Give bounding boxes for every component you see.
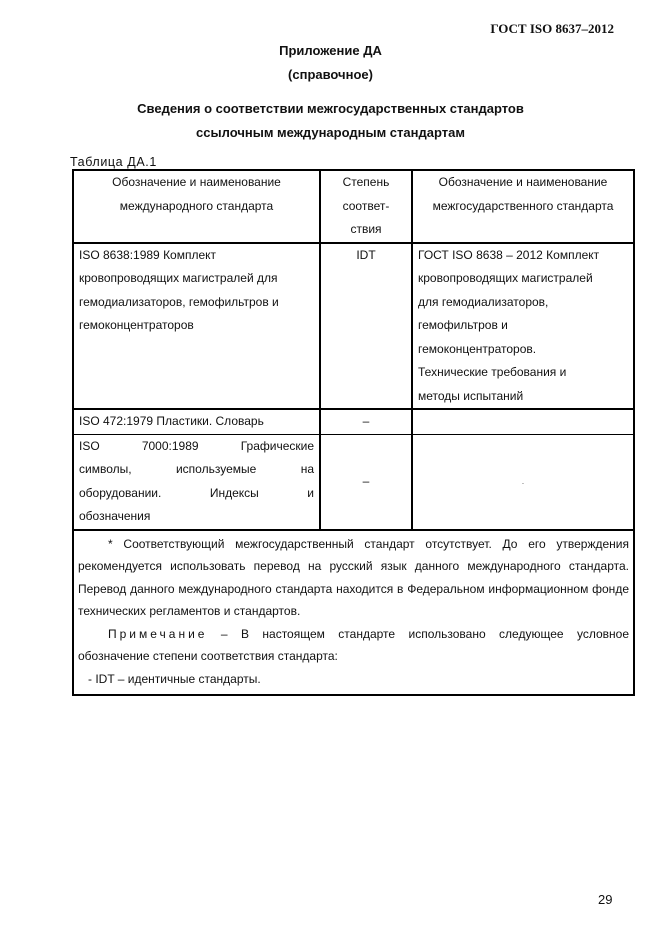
cell-interstate: . [412,434,634,530]
page-number: 29 [598,892,612,907]
table-row: ISO 7000:1989 Графические символы, испол… [73,434,634,530]
standard-code-header: ГОСТ ISO 8637–2012 [490,21,614,37]
annex-heading-line2: ссылочным международным стандартам [0,121,661,145]
annex-title: Приложение ДА [0,43,661,58]
annex-heading-line1: Сведения о соответствии межгосударственн… [0,97,661,121]
cell-degree: IDT [320,243,412,410]
footnote-marker: . [522,477,524,486]
cell-degree: – [320,434,412,530]
cell-interstate: ГОСТ ISO 8638 – 2012 Комплект кровопрово… [412,243,634,410]
annex-heading: Сведения о соответствии межгосударственн… [0,97,661,145]
table-footnote-row: * Соответствующий межгосударственный ста… [73,530,634,696]
table-row: ISO 472:1979 Пластики. Словарь – [73,409,634,434]
cell-interstate [412,409,634,434]
table-row: ISO 8638:1989 Комплект кровопроводящих м… [73,243,634,410]
note-paragraph: Примечание – В настоящем стандарте испол… [78,623,629,668]
note-item: - IDT – идентичные стандарты. [78,668,629,691]
column-header-interstate: Обозначение и наименование межгосударств… [412,170,634,243]
footnote-text: * Соответствующий межгосударственный ста… [78,533,629,623]
column-header-degree: Степень соответ- ствия [320,170,412,243]
cell-international: ISO 472:1979 Пластики. Словарь [73,409,320,434]
correspondence-table: Обозначение и наименование международног… [72,169,635,696]
cell-international: ISO 8638:1989 Комплект кровопроводящих м… [73,243,320,410]
table-footnote-cell: * Соответствующий межгосударственный ста… [73,530,634,696]
cell-degree: – [320,409,412,434]
note-label: Примечание [108,627,207,641]
table-caption: Таблица ДА.1 [70,155,157,169]
table-header-row: Обозначение и наименование международног… [73,170,634,243]
footnote-marker [418,410,628,416]
column-header-international: Обозначение и наименование международног… [73,170,320,243]
cell-international: ISO 7000:1989 Графические символы, испол… [73,434,320,530]
annex-status: (справочное) [0,67,661,82]
